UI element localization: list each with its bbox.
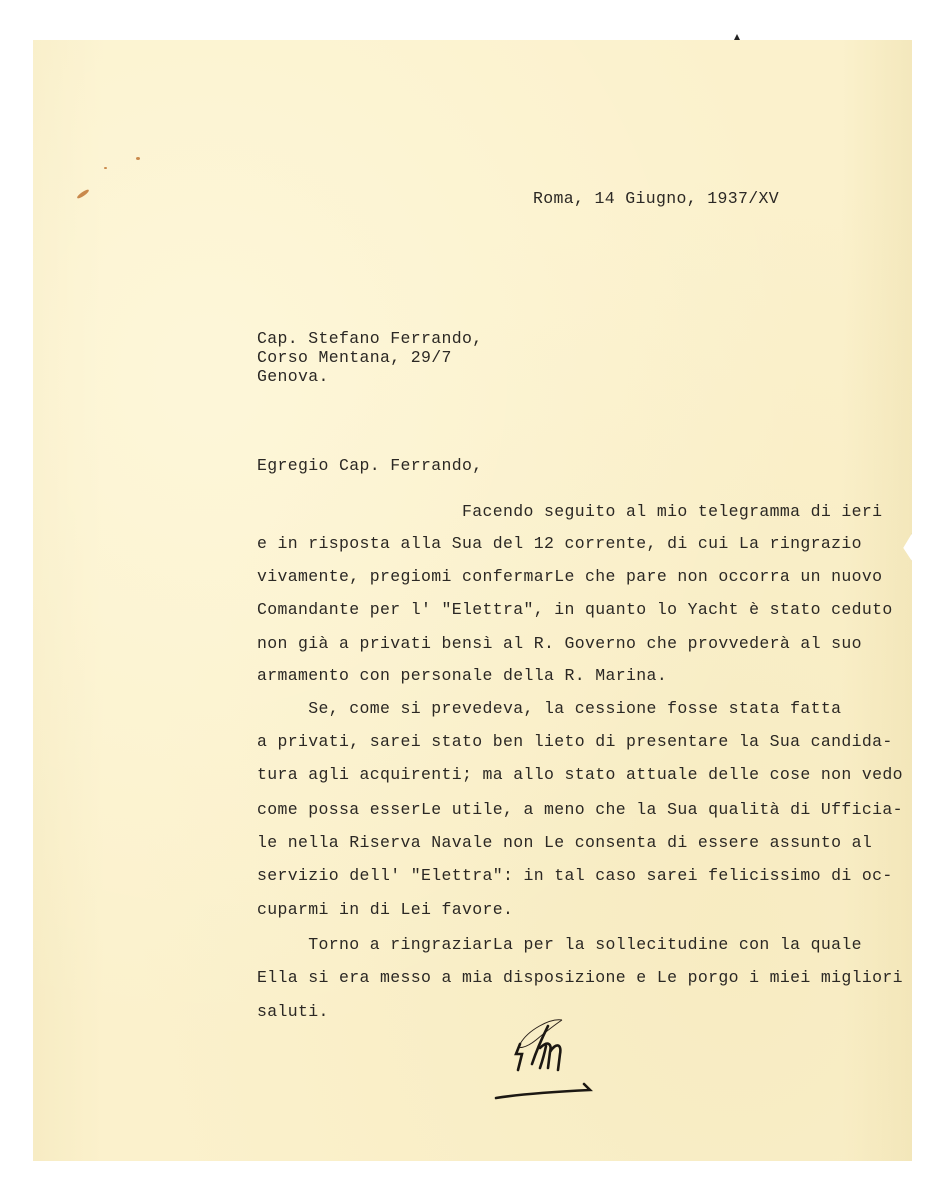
body-line: saluti. (257, 1002, 329, 1022)
body-line: e in risposta alla Sua del 12 corrente, … (257, 534, 862, 554)
rust-stain (104, 167, 107, 169)
salutation: Egregio Cap. Ferrando, (257, 456, 483, 476)
paper-mark (734, 34, 740, 40)
body-line: non già a privati bensì al R. Governo ch… (257, 634, 862, 654)
body-line: come possa esserLe utile, a meno che la … (257, 800, 903, 820)
body-line: Facendo seguito al mio telegramma di ier… (257, 502, 882, 522)
recipient-street: Corso Mentana, 29/7 (257, 348, 452, 368)
body-line: tura agli acquirenti; ma allo stato attu… (257, 765, 903, 785)
body-line: servizio dell' "Elettra": in tal caso sa… (257, 866, 893, 886)
body-line: Comandante per l' "Elettra", in quanto l… (257, 600, 893, 620)
body-line: Torno a ringraziarLa per la sollecitudin… (257, 935, 862, 955)
body-line: Se, come si prevedeva, la cessione fosse… (257, 699, 841, 719)
recipient-name: Cap. Stefano Ferrando, (257, 329, 483, 349)
body-line: cuparmi in di Lei favore. (257, 900, 513, 920)
signature (490, 1018, 610, 1108)
rust-stain (136, 157, 140, 160)
rust-stain (76, 188, 90, 199)
body-line: Ella si era messo a mia disposizione e L… (257, 968, 903, 988)
body-line: vivamente, pregiomi confermarLe che pare… (257, 567, 882, 587)
date-line: Roma, 14 Giugno, 1937/XV (533, 189, 779, 209)
recipient-city: Genova. (257, 367, 329, 387)
body-line: armamento con personale della R. Marina. (257, 666, 667, 686)
body-line: le nella Riserva Navale non Le consenta … (257, 833, 872, 853)
body-line: a privati, sarei stato ben lieto di pres… (257, 732, 893, 752)
